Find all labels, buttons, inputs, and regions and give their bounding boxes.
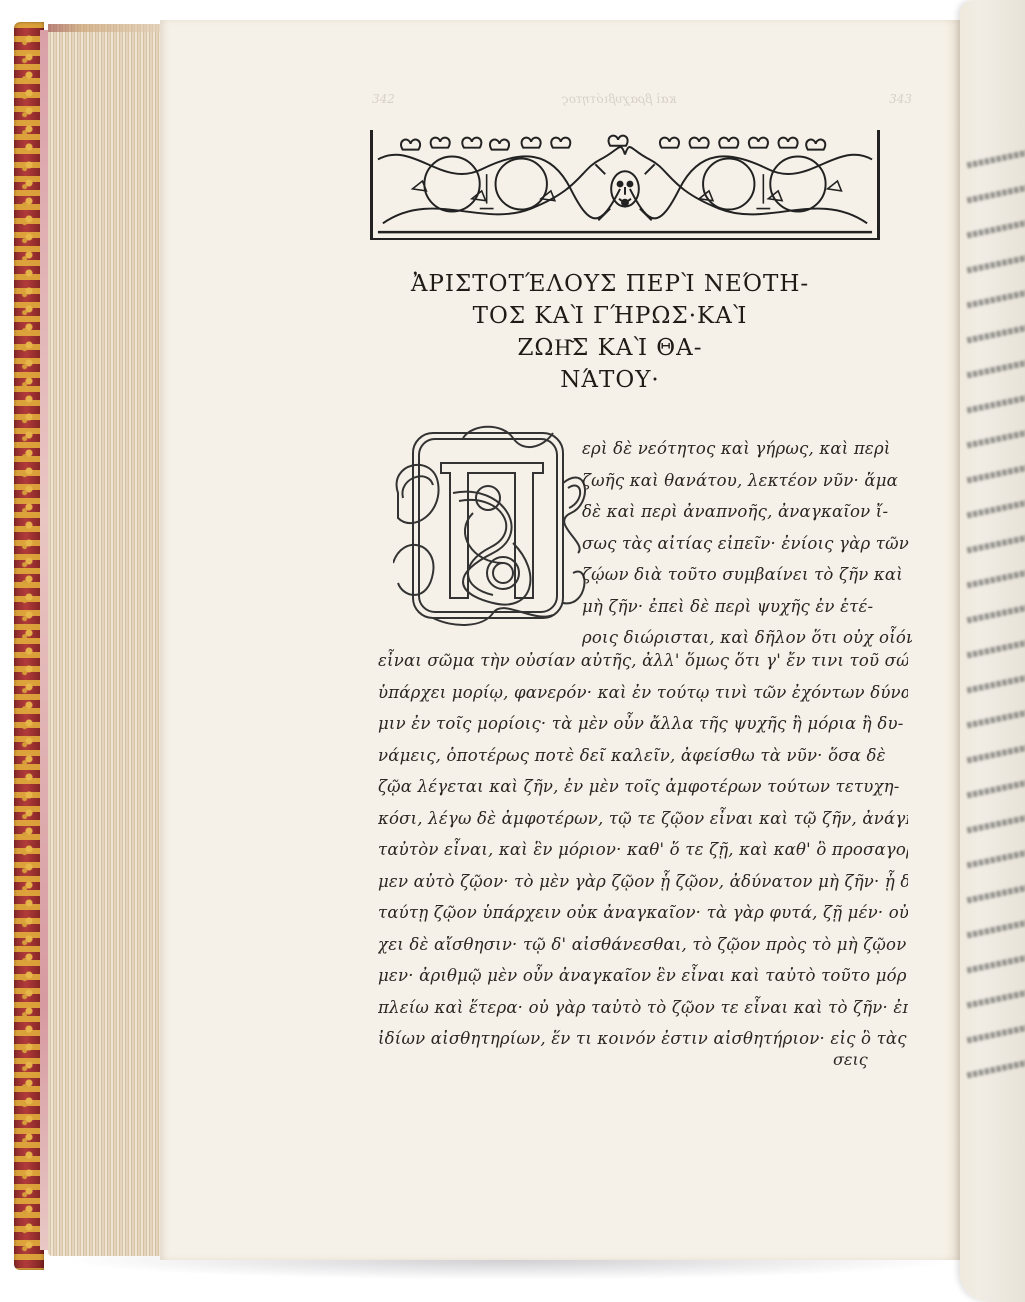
facing-text-line [967,803,1025,834]
text-line: μεν· ἀριθμῷ μὲν οὖν ἀναγκαῖον ἓν εἶναι κ… [378,960,908,992]
text-line: ταύτῃ ζῷον ὑπάρχειν οὐκ ἀναγκαῖον· τὰ γὰ… [378,897,908,929]
facing-text-line [967,593,1025,624]
facing-text-line [967,1013,1025,1044]
facing-text-line [967,313,1025,344]
text-line: ερὶ δὲ νεότητος καὶ γήρως, καὶ περὶ [582,433,912,465]
facing-text-line [967,453,1025,484]
text-line: χει δὲ αἴσθησιν· τῷ δ' αἰσθάνεσθαι, τὸ ζ… [378,929,908,961]
text-line: ταὐτὸν εἶναι, καὶ ἓν μόριον· καθ' ὅ τε ζ… [378,834,908,866]
title-line: ΤΟΣ ΚΑῚ ΓΉΡΩΣ·ΚΑῚ [400,300,820,332]
facing-text-line [967,488,1025,519]
decorated-initial-pi-icon [393,423,588,628]
facing-text-line [967,383,1025,414]
text-line: εἶναι σῶμα τὴν οὐσίαν αὐτῆς, ἀλλ' ὅμως ὅ… [378,645,908,677]
facing-page [960,0,1025,1302]
catchword: σεις [833,1050,868,1069]
text-line: μεν αὐτὸ ζῷον· τὸ μὲν γὰρ ζῷον ᾗ ζῷον, ἀ… [378,866,908,898]
opening-paragraph-indented: ερὶ δὲ νεότητος καὶ γήρως, καὶ περὶ ζωῆς… [582,433,912,654]
facing-text-line [967,768,1025,799]
text-line: ζῷα λέγεται καὶ ζῆν, ἐν μὲν τοῖς ἀμφοτέρ… [378,771,908,803]
title-line: ΖΩΗ͂Σ ΚΑῚ ΘΑ- [400,332,820,364]
page-edges-stack [48,24,163,1256]
facing-text-line [967,978,1025,1009]
facing-text-line [967,663,1025,694]
text-line: σως τὰς αἰτίας εἰπεῖν· ἐνίοις γὰρ τῶν [582,528,912,560]
facing-text-line [967,243,1025,274]
facing-text-line [967,418,1025,449]
facing-text-line [967,733,1025,764]
text-line: ζῴων διὰ τοῦτο συμβαίνει τὸ ζῆν καὶ [582,559,912,591]
facing-text-line [967,208,1025,239]
text-line: πλείω καὶ ἕτερα· οὐ γὰρ ταὐτὸ τὸ ζῷον τε… [378,992,908,1024]
page-number-right: 343 [889,92,912,106]
facing-text-line [967,278,1025,309]
facing-text-line [967,558,1025,589]
text-line: νάμεις, ὁποτέρως ποτὲ δεῖ καλεῖν, ἀφείσθ… [378,740,908,772]
facing-text-line [967,908,1025,939]
chapter-title: ἈΡΙΣΤΟΤΈΛΟΥΣ ΠΕΡῚ ΝΕΌΤΗ- ΤΟΣ ΚΑῚ ΓΉΡΩΣ·Κ… [400,268,820,396]
text-line: κόσι, λέγω δὲ ἀμφοτέρων, τῷ τε ζῷον εἶνα… [378,803,908,835]
facing-text-line [967,943,1025,974]
running-head-showthrough: 342 καὶ βραχυβιότητος 343 [372,92,912,112]
running-title: καὶ βραχυβιότητος [562,92,676,106]
facing-text-line [967,873,1025,904]
title-line: ΝΆΤΟΥ· [400,364,820,396]
page-number-left: 342 [372,92,395,106]
facing-text-line [967,138,1025,169]
title-line: ἈΡΙΣΤΟΤΈΛΟΥΣ ΠΕΡῚ ΝΕΌΤΗ- [400,268,820,300]
text-line: ὑπάρχει μορίῳ, φανερόν· καὶ ἐν τούτῳ τιν… [378,677,908,709]
text-line: μὴ ζῆν· ἐπεὶ δὲ περὶ ψυχῆς ἐν ἑτέ- [582,591,912,623]
text-line: ἰδίων αἰσθητηρίων, ἕν τι κοινόν ἐστιν αἰ… [378,1023,908,1055]
facing-text-line [967,348,1025,379]
facing-text-line [967,1048,1025,1079]
facing-text-line [967,628,1025,659]
facing-text-line [967,698,1025,729]
facing-text-line [967,838,1025,869]
facing-text-line [967,173,1025,204]
text-line: μιν ἐν τοῖς μορίοις· τὰ μὲν οὖν ἄλλα τῆς… [378,708,908,740]
body-paragraph: εἶναι σῶμα τὴν οὐσίαν αὐτῆς, ἀλλ' ὅμως ὅ… [378,645,908,1055]
woodcut-headpiece-icon [370,130,880,240]
facing-text-line [967,523,1025,554]
gilt-tooling-pattern [18,30,40,1260]
text-line: ζωῆς καὶ θανάτου, λεκτέον νῦν· ἅμα [582,465,912,497]
text-line: δὲ καὶ περὶ ἀναπνοῆς, ἀναγκαῖον ἴ- [582,496,912,528]
